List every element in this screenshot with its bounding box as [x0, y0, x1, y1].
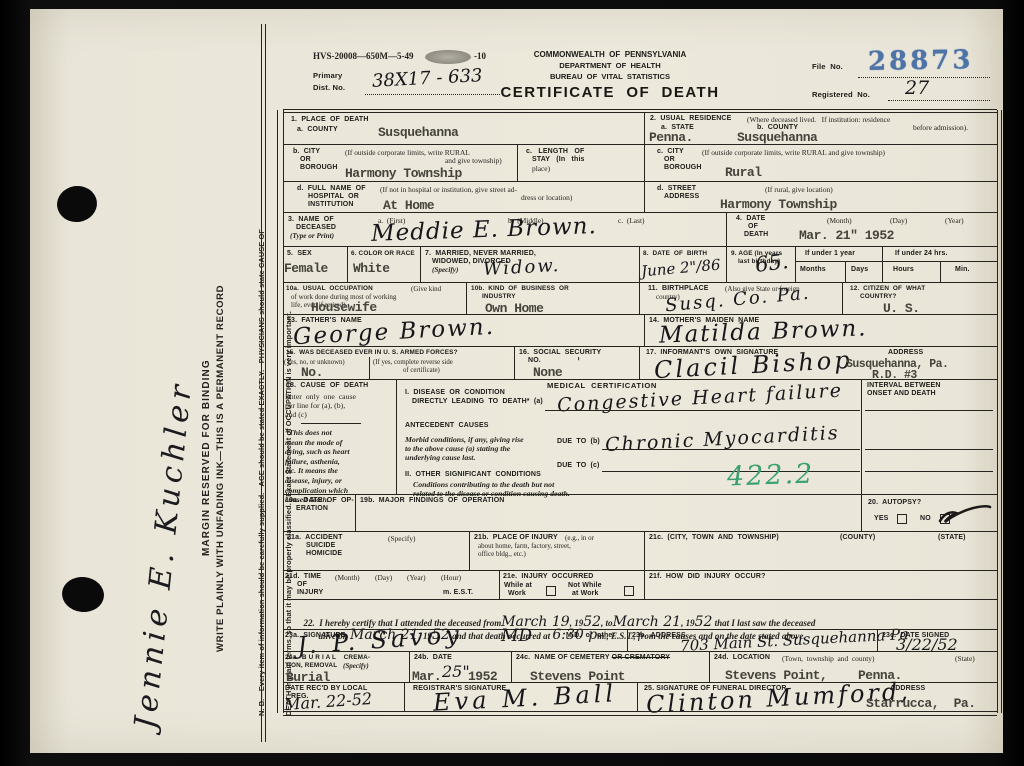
dod-label1: 4. DATE — [736, 215, 765, 222]
divider-line — [301, 423, 361, 424]
field-burial-type: 24a. B U R I A L CREMA- TION, REMOVAL (S… — [283, 651, 410, 682]
cause-note1b: per line for (a), (b), — [285, 401, 345, 410]
field-res-city-or-borough: c. CITY OR BOROUGH (If outside corporate… — [645, 144, 997, 181]
fill-line — [602, 449, 860, 450]
not-while-work-checkbox — [624, 586, 634, 596]
place-injury-note3: office bldg., etc.) — [478, 550, 526, 558]
burial-location-note2: (State) — [955, 654, 975, 663]
grid-line — [265, 24, 266, 742]
birthplace-label: 11. BIRTHPLACE — [648, 285, 709, 292]
fill-line — [888, 100, 990, 101]
dob-value: June 2"/86 — [640, 256, 721, 281]
field-age: 9. AGE (In years last birthday) 65. If u… — [727, 246, 997, 282]
hours-label: Hours — [893, 266, 914, 273]
last-name-label: c. (Last) — [618, 216, 644, 225]
street-value: Harmony Township — [720, 197, 837, 212]
field-interval-onset-death: INTERVAL BETWEEN ONSET AND DEATH — [862, 379, 997, 494]
usual-residence-note1: (Where deceased lived. If institution: r… — [747, 115, 890, 124]
interval-label2: ONSET AND DEATH — [867, 390, 936, 397]
field-burial-location: 24d. LOCATION (Town, township and county… — [710, 651, 997, 682]
cause-note1a: Enter only one cause — [285, 392, 356, 401]
burial-label2: TION, REMOVAL — [285, 662, 337, 669]
dob-label: 8. DATE OF BIRTH — [643, 250, 707, 257]
usual-residence-note2: before admission). — [913, 123, 968, 132]
burial-label1: 24a. B U R I A L CREMA- — [285, 654, 370, 661]
hospital-label1: d. FULL NAME OF — [297, 185, 366, 192]
cemetery-strike-text: OR CREMATORY — [612, 654, 670, 661]
place-injury-label: 21b. PLACE OF INJURY — [474, 534, 558, 541]
grid-line — [283, 715, 997, 716]
morbid-note3: underlying cause last. — [405, 453, 475, 463]
citizen-label2: COUNTRY? — [860, 293, 896, 300]
field-sex: 5. SEX Female — [283, 246, 348, 282]
occupation-label: 10a. USUAL OCCUPATION — [286, 285, 373, 292]
time-injury-day: (Day) — [375, 573, 392, 582]
time-injury-year: (Year) — [407, 573, 426, 582]
field-time-of-injury: 21d. TIME OF INJURY (Month) (Day) (Year)… — [283, 570, 500, 599]
occupation-note1: (Give kind — [411, 285, 441, 293]
days-label: Days — [851, 266, 868, 273]
city-note2: and give township) — [445, 156, 502, 165]
sex-value: Female — [284, 261, 328, 276]
accident-specify-note: (Specify) — [388, 534, 416, 543]
while-at-work-checkbox — [546, 586, 556, 596]
occupation-value: Housewife — [311, 300, 377, 315]
city-label: b. CITY — [293, 148, 320, 155]
res-county-value: Susquehanna — [737, 130, 817, 145]
operation-date-label2: ERATION — [296, 505, 328, 512]
funeral-director-address-value: Starrucca, Pa. — [866, 696, 976, 711]
field-place-of-death-county: 1. PLACE OF DEATH a. COUNTY Susquehanna — [283, 112, 645, 144]
field-usual-occupation: 10a. USUAL OCCUPATION (Give kind of work… — [283, 282, 467, 314]
operation-date-label1: 19a. DATE OF OP- — [285, 497, 354, 504]
field-injury-occurred: 21e. INJURY OCCURRED While at Work Not W… — [500, 570, 645, 599]
field-date-signed: 23c. DATE SIGNED 3/22/52 — [878, 629, 997, 651]
name-label2: DECEASED — [296, 224, 336, 231]
fill-line — [545, 410, 860, 411]
dod-year-label: (Year) — [945, 216, 964, 225]
disease-label2: DIRECTLY LEADING TO DEATH* (a) — [412, 398, 543, 405]
cause-note1c: and (c) — [285, 410, 307, 419]
field-length-of-stay: c. LENGTH OF STAY (In this place) — [518, 144, 645, 181]
autopsy-no-label: NO — [920, 515, 931, 522]
field-marital-status: 7. MARRIED, NEVER MARRIED, WIDOWED, DIVO… — [421, 246, 640, 282]
county-label: a. COUNTY — [297, 126, 338, 133]
place-injury-note2: about home, farm, factory, street, — [478, 542, 571, 550]
field-accident-suicide-homicide: 21a. ACCIDENT SUICIDE HOMICIDE (Specify) — [283, 531, 470, 570]
marital-label1: 7. MARRIED, NEVER MARRIED, — [425, 250, 536, 257]
marital-specify-label: (Specify) — [432, 266, 458, 276]
field-mothers-name: 14. MOTHER'S MAIDEN NAME Matilda Brown. — [645, 314, 997, 346]
due-to-c-label: DUE TO (c) — [557, 462, 600, 469]
field-date-of-operation: 19a. DATE OF OP- ERATION — [283, 494, 356, 531]
grid-line — [283, 711, 997, 712]
grid-line — [283, 109, 997, 110]
burial-location-label: 24d. LOCATION — [714, 654, 770, 661]
or-label: OR — [300, 156, 311, 163]
scanned-death-certificate: Jennie E. Kuchler MARGIN RESERVED FOR BI… — [0, 0, 1024, 766]
accident-label3: HOMICIDE — [306, 550, 342, 557]
field-hospital-name: d. FULL NAME OF HOSPITAL OR INSTITUTION … — [283, 181, 645, 212]
under-24-hrs-label: If under 24 hrs. — [895, 250, 948, 257]
field-kind-of-business: 10b. KIND OF BUSINESS OR INDUSTRY Own Ho… — [467, 282, 640, 314]
field-citizen: 12. CITIZEN OF WHAT COUNTRY? U. S. — [843, 282, 997, 314]
field-fathers-name: 13. FATHER'S NAME George Brown. — [283, 314, 645, 346]
grid-line — [882, 247, 883, 283]
physician-address-label: 23b. ADDRESS — [632, 632, 686, 639]
race-value: White — [353, 261, 390, 276]
place-injury-note1: (e.g., in or — [565, 534, 594, 542]
time-injury-label1: 21d. TIME — [285, 573, 321, 580]
ssn-mark: ' — [577, 355, 580, 369]
time-injury-month: (Month) — [335, 573, 360, 582]
not-while-work-label1: Not While — [568, 582, 602, 589]
md-handwritten: MD — [501, 626, 532, 646]
ssn-value: None — [533, 365, 562, 380]
field-place-of-injury: 21b. PLACE OF INJURY (e.g., in or about … — [470, 531, 645, 570]
res-city-label: c. CITY — [657, 148, 684, 155]
field-injury-city-county-state: 21c. (CITY, TOWN AND TOWNSHIP) (COUNTY) … — [645, 531, 997, 570]
length-of-stay-label3: place) — [532, 164, 550, 173]
autopsy-yes-label: YES — [874, 515, 888, 522]
min-label: Min. — [955, 266, 970, 273]
time-injury-label3: INJURY — [297, 589, 323, 596]
ssn-label1: 16. SOCIAL SECURITY — [519, 349, 601, 356]
fill-line — [865, 449, 993, 450]
field-usual-residence: 2. USUAL RESIDENCE (Where deceased lived… — [645, 112, 997, 144]
state-value: Penna. — [649, 130, 693, 145]
field-street-address: d. STREET ADDRESS (If rural, give locati… — [645, 181, 997, 212]
printers-union-seal-icon — [425, 50, 471, 64]
file-no-stamp: 28873 — [868, 45, 974, 77]
due-to-b-label: DUE TO (b) — [557, 438, 600, 445]
grid-line — [277, 110, 278, 713]
field-informant: 17. INFORMANT'S OWN SIGNATURE ADDRESS Cl… — [640, 346, 997, 379]
res-city-value: Rural — [725, 165, 762, 180]
dist-no-label: Dist. No. — [313, 83, 345, 92]
registered-no-value: 27 — [905, 77, 929, 99]
fill-line — [365, 94, 500, 95]
pen-check-mark-icon — [936, 497, 992, 525]
dod-day-label: (Day) — [890, 216, 907, 225]
injury-state-label: (STATE) — [938, 534, 966, 541]
armed-forces-note3: of certificate) — [403, 367, 440, 374]
department-line: DEPARTMENT OF HEALTH — [495, 61, 725, 70]
street-label1: d. STREET — [657, 185, 696, 192]
hospital-label2: HOSPITAL OR — [308, 193, 359, 200]
fill-line — [865, 410, 993, 411]
field-cemetery-name: 24c. NAME OF CEMETERY OR CREMATORY Steve… — [512, 651, 710, 682]
grid-line — [795, 247, 796, 283]
not-while-work-label2: at Work — [572, 590, 599, 597]
sex-label: 5. SEX — [287, 250, 312, 257]
burial-specify-note: (Specify) — [343, 662, 369, 672]
time-injury-label2: OF — [297, 581, 307, 588]
time-injury-hour: (Hour) — [441, 573, 461, 582]
accident-label2: SUICIDE — [306, 542, 335, 549]
grid-line — [940, 261, 941, 283]
field-date-of-birth: 8. DATE OF BIRTH June 2"/86 — [640, 246, 727, 282]
burial-location-value1: Stevens Point, — [725, 668, 827, 683]
injury-city-label: 21c. (CITY, TOWN AND TOWNSHIP) — [649, 534, 779, 541]
cemetery-label-text: 24c. NAME OF CEMETERY — [516, 654, 612, 661]
field-how-injury-occurred: 21f. HOW DID INJURY OCCUR? — [645, 570, 997, 599]
while-at-work-label2: Work — [508, 590, 526, 597]
hospital-note2: dress or location) — [521, 193, 572, 202]
commonwealth-line: COMMONWEALTH OF PENNSYLVANIA — [495, 50, 725, 59]
county-value: Susquehanna — [378, 125, 458, 140]
ssn-label2: NO. — [528, 357, 541, 364]
business-label1: 10b. KIND OF BUSINESS OR — [471, 285, 569, 292]
margin-binding-note: MARGIN RESERVED FOR BINDING — [201, 359, 212, 556]
city-value: Harmony Township — [345, 166, 462, 181]
agency-block: COMMONWEALTH OF PENNSYLVANIA DEPARTMENT … — [495, 50, 725, 101]
major-findings-label: 19b. MAJOR FINDINGS OF OPERATION — [360, 497, 505, 504]
while-at-work-label1: While at — [504, 582, 532, 589]
informant-address-label: ADDRESS — [888, 349, 923, 356]
business-label2: INDUSTRY — [482, 293, 516, 300]
burial-location-note1: (Town, township and county) — [782, 654, 874, 663]
field-medical-certification: MEDICAL CERTIFICATION I. DISEASE OR COND… — [397, 379, 862, 494]
armed-forces-label: 15. WAS DECEASED EVER IN U. S. ARMED FOR… — [286, 349, 458, 356]
borough-label: BOROUGH — [300, 164, 338, 171]
cause-code-value: 422.2 — [726, 458, 814, 492]
dod-value: Mar. 21" 1952 — [799, 228, 894, 243]
res-borough-label: BOROUGH — [664, 164, 702, 171]
md-or-other-label: M.D. or other — [566, 632, 615, 639]
field-birthplace: 11. BIRTHPLACE (Also give State or forei… — [640, 282, 843, 314]
field-color-or-race: 6. COLOR OR RACE White — [348, 246, 421, 282]
name-label3: (Type or Print) — [290, 232, 334, 242]
armed-forces-note2: (If yes, complete reverse side — [373, 359, 453, 366]
name-label1: 3. NAME OF — [288, 216, 334, 223]
burial-date-label: 24b. DATE — [414, 654, 452, 661]
dod-label3: DEATH — [744, 231, 768, 238]
street-note: (If rural, give location) — [765, 185, 833, 194]
street-label2: ADDRESS — [664, 193, 699, 200]
autopsy-label: 20. AUTOPSY? — [868, 499, 921, 506]
citizen-label1: 12. CITIZEN OF WHAT — [850, 285, 925, 292]
field-major-findings: 19b. MAJOR FINDINGS OF OPERATION — [356, 494, 862, 531]
accident-label1: 21a. ACCIDENT — [287, 534, 343, 541]
hospital-label3: INSTITUTION — [308, 201, 354, 208]
form-number: HVS-20008—650M—5-49 — [313, 51, 414, 61]
time-injury-est: m. E.S.T. — [443, 589, 473, 596]
field-date-received: DATE REC'D BY LOCAL REG. Mar. 22-52 — [283, 682, 405, 711]
res-city-note: (If outside corporate limits, write RURA… — [702, 148, 885, 157]
hospital-note1: (If not in hospital or institution, give… — [380, 185, 517, 194]
usual-residence-title: 2. USUAL RESIDENCE — [650, 115, 731, 122]
bureau-line: BUREAU OF VITAL STATISTICS — [495, 72, 725, 81]
field-city-or-borough: b. CITY OR BOROUGH (If outside corporate… — [283, 144, 518, 181]
dod-label2: OF — [748, 223, 758, 230]
under-1-year-label: If under 1 year — [805, 250, 855, 257]
grid-line — [845, 261, 846, 283]
burial-date-day: 25" — [442, 662, 470, 681]
place-of-death-title: 1. PLACE OF DEATH — [291, 116, 369, 123]
field-funeral-director: 25. SIGNATURE OF FUNERAL DIRECTOR ADDRES… — [638, 682, 997, 711]
field-armed-forces: 15. WAS DECEASED EVER IN U. S. ARMED FOR… — [283, 346, 515, 379]
file-no-label: File No. — [812, 62, 843, 71]
margin-permanent-record-note: WRITE PLAINLY WITH UNFADING INK—THIS IS … — [215, 285, 226, 652]
race-label: 6. COLOR OR RACE — [351, 250, 415, 257]
field-autopsy: 20. AUTOPSY? YES NO — [862, 494, 997, 531]
armed-forces-value: No. — [301, 365, 323, 380]
field-physician-address: 23b. ADDRESS 703 Main St. Susquehanna Pa — [628, 629, 878, 651]
grid-line — [795, 261, 997, 262]
grid-line — [1001, 110, 1002, 713]
registered-no-label: Registered No. — [812, 90, 870, 99]
field-physician-signature: 23a. SIGNATURE J. P. Savoy MD M.D. or ot… — [283, 629, 628, 651]
form-number-suffix: -10 — [474, 51, 486, 61]
other-conditions-label: II. OTHER SIGNIFICANT CONDITIONS — [405, 471, 541, 478]
autopsy-yes-checkbox — [897, 514, 907, 524]
field-name-of-deceased: 3. NAME OF DECEASED (Type or Print) a. (… — [283, 212, 727, 246]
interval-label1: INTERVAL BETWEEN — [867, 382, 941, 389]
primary-label: Primary — [313, 71, 342, 80]
grid-line — [997, 110, 998, 713]
length-of-stay-label1: c. LENGTH OF — [526, 148, 584, 155]
medical-certification-title: MEDICAL CERTIFICATION — [547, 381, 657, 390]
injury-county-label: (COUNTY) — [840, 534, 875, 541]
certificate-title: CERTIFICATE OF DEATH — [495, 84, 725, 101]
disease-label1: I. DISEASE OR CONDITION — [405, 389, 505, 396]
field-date-of-death: 4. DATE OF DEATH (Month) (Day) (Year) Ma… — [727, 212, 997, 246]
antecedent-causes-label: ANTECEDENT CAUSES — [405, 422, 489, 429]
field-social-security: 16. SOCIAL SECURITY NO. ' None — [515, 346, 640, 379]
res-or-label: OR — [664, 156, 675, 163]
how-injury-label: 21f. HOW DID INJURY OCCUR? — [649, 573, 766, 580]
marital-value: Widow. — [483, 255, 561, 280]
hospital-value: At Home — [383, 198, 434, 213]
months-label: Months — [800, 266, 826, 273]
injury-occurred-label: 21e. INJURY OCCURRED — [503, 573, 593, 580]
field-burial-date: 24b. DATE Mar. 25" 1952 — [410, 651, 512, 682]
field-registrar-signature: REGISTRAR'S SIGNATURE Eva M. Ball — [405, 682, 638, 711]
cause-of-death-title: 18. CAUSE OF DEATH — [286, 382, 368, 389]
grid-line — [261, 24, 262, 742]
grid-line — [369, 357, 370, 380]
cemetery-label: 24c. NAME OF CEMETERY OR CREMATORY — [516, 654, 670, 661]
length-of-stay-label2: STAY (In this — [532, 156, 585, 163]
dod-month-label: (Month) — [827, 216, 852, 225]
age-value: 65. — [754, 249, 790, 277]
field-cause-of-death-notes: 18. CAUSE OF DEATH Enter only one cause … — [283, 379, 397, 494]
cause-b-value: Chronic Myocarditis — [605, 422, 841, 456]
fill-line — [865, 471, 993, 472]
